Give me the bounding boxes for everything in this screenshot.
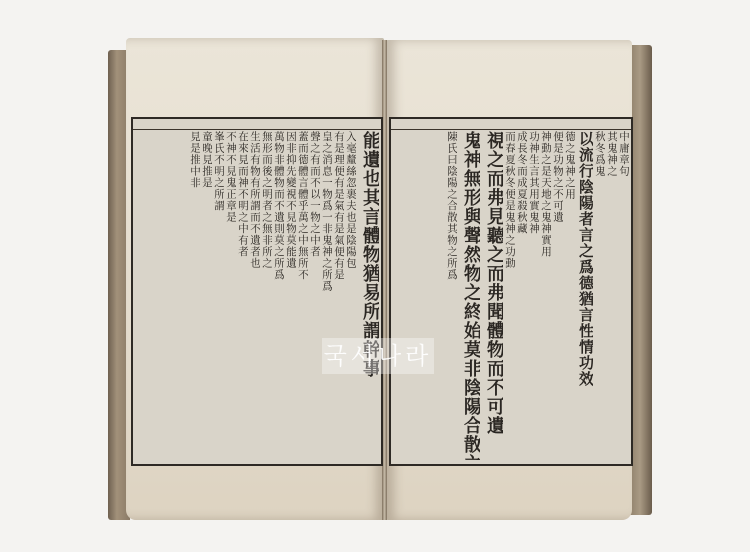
right-page-text-columns: 中庸章句 其鬼神之 秋冬爲鬼 以流行陰陽者言之爲德猶言性情功效 德之鬼神之用 便… xyxy=(393,131,629,460)
commentary-column: 陳氏曰陰陽之合散其物之所爲 xyxy=(446,131,457,460)
commentary-column: 見是推中非 xyxy=(189,131,200,460)
commentary-column: 萬物非體物而不遺則莫之所爲 xyxy=(273,131,284,460)
commentary-column: 因非抑先變視不見物莫能遺 xyxy=(285,131,296,460)
right-page-printed-frame: 中庸章句 其鬼神之 秋冬爲鬼 以流行陰陽者言之爲德猶言性情功效 德之鬼神之用 便… xyxy=(389,117,633,466)
commentary-column: 秋冬爲鬼 xyxy=(594,131,605,460)
commentary-column: 在來見而神不明之中有者 xyxy=(237,131,248,460)
column-tick-row xyxy=(133,119,381,130)
main-text-column: 視之而弗見聽之而弗聞體物而不可遺 xyxy=(481,131,503,460)
commentary-column: 其鬼神之 xyxy=(606,131,617,460)
commentary-column: 便是功物之不可遺 xyxy=(552,131,563,460)
column-tick-row xyxy=(391,119,631,130)
side-label: 中庸章句 xyxy=(618,131,629,460)
commentary-column: 無形而後之明者之無非所之 xyxy=(261,131,272,460)
commentary-column: 而春夏秋冬便是鬼神之功動 xyxy=(504,131,515,460)
commentary-column: 功神生言其用實鬼神 xyxy=(528,131,539,460)
main-text-column: 鬼神無形與聲然物之終始莫非陰陽合散之所爲 xyxy=(458,131,480,460)
commentary-column: 聲之有而不以一物之中者 xyxy=(309,131,320,460)
left-page-text-columns: 能遺也其言體物猶易所謂幹事 入毫釐絲忽裹夫也是陰陽包 有是理便有是氣有是氣便有是… xyxy=(135,131,379,460)
commentary-column: 皇之消息一物爲一非鬼神之所爲 xyxy=(321,131,332,460)
commentary-column: 有是理便有是氣有是氣便有是 xyxy=(333,131,344,460)
main-text-column: 能遺也其言體物猶易所謂幹事 xyxy=(357,131,379,460)
commentary-column: 成長冬而成夏殺秋藏 xyxy=(516,131,527,460)
commentary-column: 不神不見鬼正章是 xyxy=(225,131,236,460)
watermark: 국서나라 xyxy=(322,338,434,374)
commentary-heading-column: 以流行陰陽者言之爲德猶言性情功效 xyxy=(576,131,593,460)
left-page-printed-frame: 能遺也其言體物猶易所謂幹事 入毫釐絲忽裹夫也是陰陽包 有是理便有是氣有是氣便有是… xyxy=(131,117,383,466)
commentary-column: 神動之是天地之鬼神實用 xyxy=(540,131,551,460)
commentary-column: 生活有物有所謂而不遺者也 xyxy=(249,131,260,460)
commentary-column: 入毫釐絲忽裹夫也是陰陽包 xyxy=(345,131,356,460)
commentary-column: 童晚見推是 xyxy=(201,131,212,460)
commentary-column: 蓋而德體言體乎萬之中無所不 xyxy=(297,131,308,460)
commentary-column: 德之鬼神之用 xyxy=(564,131,575,460)
commentary-column: 峯氏不明之所謂 xyxy=(213,131,224,460)
